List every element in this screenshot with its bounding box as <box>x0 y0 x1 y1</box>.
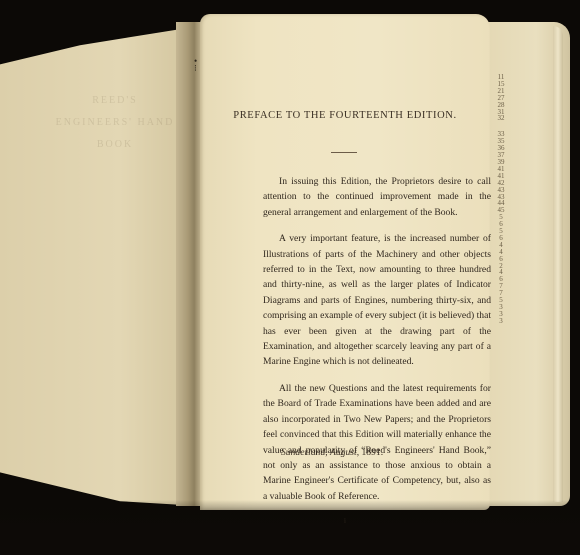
title-rule-divider <box>331 152 357 153</box>
index-page-numbers: 11 15 21 27 28 31 32 33 35 36 37 39 41 4… <box>494 74 508 325</box>
left-page-bleedthrough: REED'S ENGINEERS' HAND BOOK <box>40 90 190 156</box>
paragraph-1: In issuing this Edition, the Proprietors… <box>263 174 491 220</box>
preface-page: PREFACE TO THE FOURTEENTH EDITION. In is… <box>200 14 490 510</box>
paragraph-2: A very important feature, is the increas… <box>263 231 491 370</box>
ghost-line: REED'S <box>40 90 190 112</box>
table-shadow <box>0 500 580 555</box>
preface-body: In issuing this Edition, the Proprietors… <box>263 174 491 515</box>
paragraph-3: All the new Questions and the latest req… <box>263 381 491 504</box>
book-gutter <box>176 22 202 506</box>
page-edges <box>553 26 563 502</box>
signoff-year: 1891. <box>362 447 384 458</box>
page-title: PREFACE TO THE FOURTEENTH EDITION. <box>200 110 490 121</box>
gutter-marks: • ⁝ <box>194 58 197 72</box>
book-photo: REED'S ENGINEERS' HAND BOOK • ⁝ 11 15 21… <box>0 0 580 555</box>
ghost-line: ENGINEERS' HAND BOOK <box>40 112 190 156</box>
signoff: Sunderland, August, 1891. <box>281 447 383 458</box>
signoff-month: August <box>330 447 357 458</box>
signoff-place: Sunderland <box>281 447 325 458</box>
